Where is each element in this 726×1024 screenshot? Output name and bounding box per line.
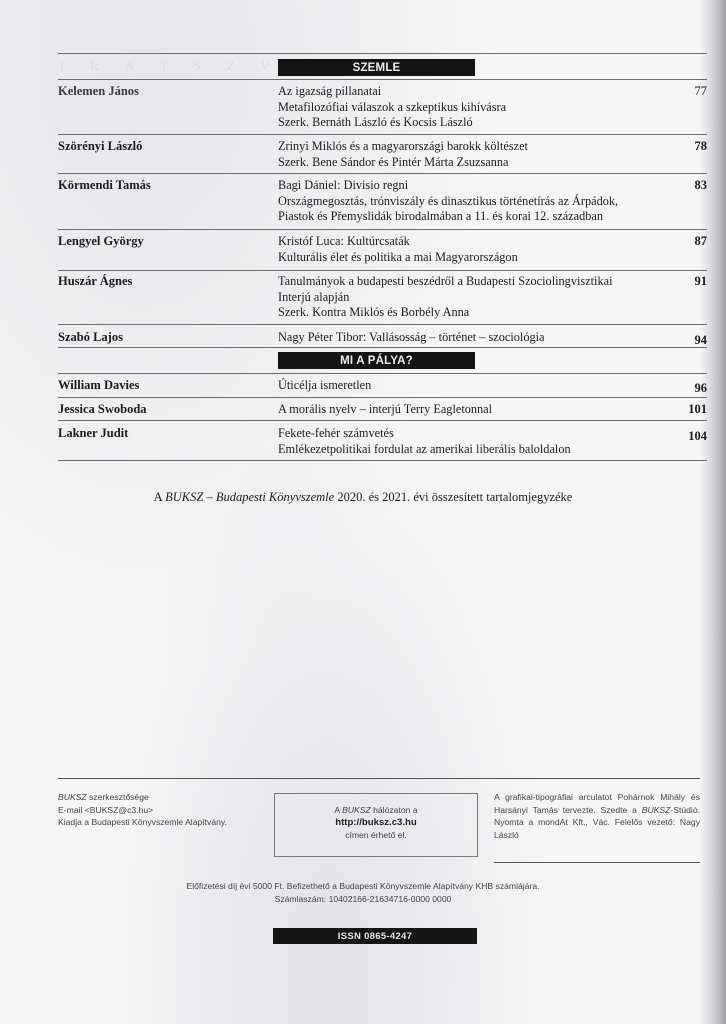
entry-author: Kelemen János [58,84,139,99]
issn-bar: ISSN 0865-4247 [273,928,477,944]
entry-page: 87 [695,234,708,249]
editorial-email[interactable]: E-mail <BUKSZ@c3.hu> [58,804,268,817]
entry-page: 96 [695,381,708,396]
entry-author: Lakner Judit [58,426,128,441]
entry-title: Tanulmányok a budapesti beszédről a Buda… [278,274,668,321]
section-heading-szemle: SZEMLE [278,59,475,76]
toc-caption: A BUKSZ – Budapesti Könyvszemle 2020. és… [0,490,726,505]
row-divider [58,373,707,374]
section-heading-mi-a-palya: MI A PÁLYA? [278,352,475,369]
row-divider [58,347,707,348]
entry-author: Lengyel György [58,234,144,249]
editorial-info: BUKSZ szerkesztősége E-mail <BUKSZ@c3.hu… [58,791,268,829]
row-divider [58,397,707,398]
entry-title: Kristóf Luca: Kultúrcsaták Kulturális él… [278,234,668,265]
entry-author: Szabó Lajos [58,330,123,345]
subscription-info: Előfizetési díj évi 5000 Ft. Befizethető… [0,880,726,906]
entry-page: 78 [695,139,708,154]
row-divider [58,270,707,271]
entry-author: Körmendi Tamás [58,178,151,193]
design-credits: A grafikai-tipográfiai arculatot Pohárno… [494,791,700,841]
row-divider [58,134,707,135]
entry-page: 101 [688,402,707,417]
entry-author: Huszár Ágnes [58,274,132,289]
entry-page: 104 [688,429,707,444]
entry-page: 77 [695,84,708,99]
credits-bottom-rule [494,862,700,863]
row-divider [58,420,707,421]
entry-author: Szörényi László [58,139,142,154]
entry-title: Az igazság pillanatai Metafilozófiai vál… [278,84,668,131]
entry-page: 94 [695,333,708,348]
website-box: A BUKSZ hálózaton a http://buksz.c3.hu c… [274,793,478,857]
row-divider [58,79,707,80]
entry-author: William Davies [58,378,139,393]
website-link[interactable]: http://buksz.c3.hu [275,817,477,830]
row-divider [58,324,707,325]
entry-title: Zrinyi Miklós és a magyarországi barokk … [278,139,668,170]
entry-title: Úticélja ismeretlen [278,378,668,394]
entry-page: 83 [695,178,708,193]
entry-title: A morális nyelv – interjú Terry Eagleton… [278,402,668,418]
entry-page: 91 [695,274,708,289]
row-divider [58,173,707,174]
entry-title: Nagy Péter Tibor: Vallásosság – történet… [278,330,668,346]
colophon-top-rule [58,778,700,779]
entry-author: Jessica Swoboda [58,402,147,417]
entry-title: Bagi Dániel: Divisio regni Országmegoszt… [278,178,668,225]
entry-title: Fekete-fehér számvetés Emlékezetpolitika… [278,426,668,457]
bottom-rule [58,460,707,461]
top-rule [58,53,707,54]
show-through-ghost: IRATSZV [60,58,270,74]
row-divider [58,229,707,230]
